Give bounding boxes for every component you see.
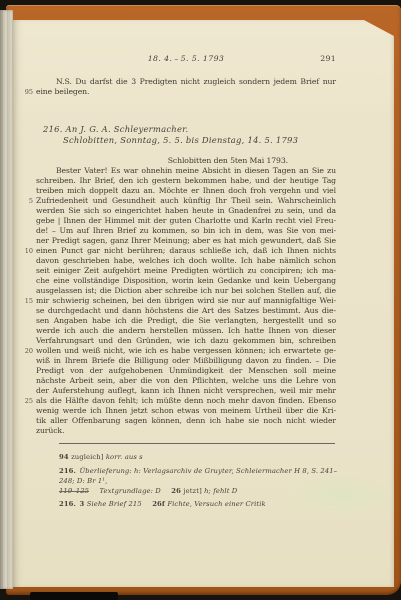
postscript-text: eine beilegen. xyxy=(36,87,336,97)
body-line: che eine vollständige Disposition, worin… xyxy=(22,276,336,286)
apparatus-separator-rule xyxy=(59,443,335,444)
margin-line-number xyxy=(22,426,33,436)
margin-line-number xyxy=(22,326,33,336)
body-line: werde ich auch die andern herstellen müs… xyxy=(22,326,336,336)
body-line-text: zurück. xyxy=(36,426,336,436)
letter-heading-place-date-line: Schlobitten, Sonntag, 5. 5. bis Dienstag… xyxy=(63,135,343,146)
margin-line-number xyxy=(22,236,33,246)
postscript-paragraph: N.S. Du darfst die 3 Predigten nicht zug… xyxy=(22,77,336,97)
body-line-text: wiß in Ihrem Briefe die Billigung oder M… xyxy=(36,356,336,366)
body-line: ner Predigt sagen, ganz Ihrer Meinung; a… xyxy=(22,236,336,246)
body-line: sen Angaben habe ich die Predigt, die Si… xyxy=(22,316,336,326)
apparatus-line: 94 zugleich] korr. aus s xyxy=(59,452,349,462)
body-line-text: ner Predigt sagen, ganz Ihrer Meinung; a… xyxy=(36,236,336,246)
textcritical-apparatus: 94 zugleich] korr. aus s 216. Überliefer… xyxy=(59,452,349,496)
margin-line-number xyxy=(22,376,33,386)
margin-line-number xyxy=(22,77,33,87)
body-line: tik aller Offenbarung sagen können, denn… xyxy=(22,416,336,426)
body-line-text: mir schwierig scheinen, bei den übrigen … xyxy=(36,296,336,306)
body-line-text: wollen und weiß nicht, wie ich es habe v… xyxy=(36,346,336,356)
margin-line-number: 15 xyxy=(22,296,33,306)
body-line: 10 einen Punct gar nicht berühren; darau… xyxy=(22,246,336,256)
commentary-line-text: 216. 3 Siehe Brief 215 26f Fichte, Versu… xyxy=(59,500,266,508)
margin-line-number xyxy=(22,306,33,316)
body-line: 20 wollen und weiß nicht, wie ich es hab… xyxy=(22,346,336,356)
running-header: 18. 4. – 5. 5. 1793 291 xyxy=(36,54,336,64)
margin-line-number xyxy=(22,406,33,416)
body-line: 15 mir schwierig scheinen, bei den übrig… xyxy=(22,296,336,306)
commentary-line: 216. 3 Siehe Brief 215 26f Fichte, Versu… xyxy=(59,499,349,509)
body-line: seit einiger Zeit aufgehört meine Predig… xyxy=(22,266,336,276)
margin-line-number xyxy=(22,176,33,186)
apparatus-line: 119–125 Textgrundlage: D 26 jetzt] h; fe… xyxy=(59,486,349,496)
margin-line-number xyxy=(22,276,33,286)
margin-line-number xyxy=(22,256,33,266)
body-line-text: der Auferstehung auflegt, kann ich Ihnen… xyxy=(36,386,336,396)
postscript-text: N.S. Du darfst die 3 Predigten nicht zug… xyxy=(36,77,336,87)
page-edge-stack xyxy=(0,10,13,589)
body-line-text: schreiben. Ihr Brief, den ich gestern be… xyxy=(36,176,336,186)
header-date-range: 18. 4. – 5. 5. 1793 xyxy=(36,54,336,64)
margin-line-number xyxy=(22,206,33,216)
body-line-text: Predigt von der aufgehobenen Unmündigkei… xyxy=(36,366,336,376)
body-line: zurück. xyxy=(22,426,336,436)
body-line-text: einen Punct gar nicht berühren; daraus s… xyxy=(36,246,336,256)
margin-line-number xyxy=(22,156,33,166)
margin-line-number xyxy=(22,266,33,276)
margin-line-number xyxy=(22,336,33,346)
body-line-text: werden Sie sich so eingerichtet haben he… xyxy=(36,206,336,216)
body-line-text: se durchgedacht und dann höchstens die A… xyxy=(36,306,336,316)
body-line-text: treiben mich doppelt dazu an. Möchte er … xyxy=(36,186,336,196)
margin-line-number xyxy=(22,356,33,366)
body-line-text: Bester Vater! Es war ohnehin meine Absic… xyxy=(36,166,336,176)
body-line: wiß in Ihrem Briefe die Billigung oder M… xyxy=(22,356,336,366)
body-line-text: Schlobitten den 5ten Mai 1793. xyxy=(36,156,336,166)
body-line: 25 als die Hälfte davon fehlt; ich müßte… xyxy=(22,396,336,406)
margin-line-number xyxy=(22,226,33,236)
body-line-text: davon geschrieben habe, welches ich doch… xyxy=(36,256,336,266)
body-line: nächste Arbeit sein, aber die von den Pf… xyxy=(22,376,336,386)
body-line: de! – Um auf Ihren Brief zu kommen, so b… xyxy=(22,226,336,236)
body-line: se durchgedacht und dann höchstens die A… xyxy=(22,306,336,316)
body-line-text: wenig werde ich Ihnen jetzt schon etwas … xyxy=(36,406,336,416)
body-line: davon geschrieben habe, welches ich doch… xyxy=(22,256,336,266)
margin-line-number xyxy=(22,316,33,326)
margin-line-number xyxy=(22,416,33,426)
margin-line-number xyxy=(22,186,33,196)
postscript-line: N.S. Du darfst die 3 Predigten nicht zug… xyxy=(22,77,336,87)
margin-line-number xyxy=(22,216,33,226)
body-line: schreiben. Ihr Brief, den ich gestern be… xyxy=(22,176,336,186)
margin-line-number: 95 xyxy=(22,87,33,97)
apparatus-line: 216. Überlieferung: h: Verlagsarchiv de … xyxy=(59,466,349,486)
apparatus-line-text: 216. Überlieferung: h: Verlagsarchiv de … xyxy=(59,467,337,485)
body-line-text: sen Angaben habe ich die Predigt, die Si… xyxy=(36,316,336,326)
body-line-text: tik aller Offenbarung sagen können, denn… xyxy=(36,416,336,426)
margin-line-number: 5 xyxy=(22,196,33,206)
letter-heading-number-line: 216. An J. G. A. Schleyermacher. xyxy=(43,124,343,135)
body-line: Schlobitten den 5ten Mai 1793. xyxy=(22,156,336,166)
body-line: Predigt von der aufgehobenen Unmündigkei… xyxy=(22,366,336,376)
body-line: der Auferstehung auflegt, kann ich Ihnen… xyxy=(22,386,336,396)
body-line-text: Verfahrungsart und den Gründen, wie ich … xyxy=(36,336,336,346)
body-line-text: werde ich auch die andern herstellen müs… xyxy=(36,326,336,336)
scanned-book-photo: 18. 4. – 5. 5. 1793 291 N.S. Du darfst d… xyxy=(0,0,401,600)
margin-line-number xyxy=(22,366,33,376)
book-shadow xyxy=(30,592,118,600)
commentary-separator-rule xyxy=(59,491,89,492)
margin-line-number: 20 xyxy=(22,346,33,356)
body-line: Bester Vater! Es war ohnehin meine Absic… xyxy=(22,166,336,176)
letter-heading: 216. An J. G. A. Schleyermacher. Schlobi… xyxy=(43,124,343,146)
margin-line-number xyxy=(22,386,33,396)
page-number: 291 xyxy=(320,54,336,64)
body-line-text: ausgelassen ist; die Diction aber schrei… xyxy=(36,286,336,296)
body-line-text: che eine vollständige Disposition, worin… xyxy=(36,276,336,286)
body-line-text: Zufriedenheit und Gesundheit auch künfti… xyxy=(36,196,336,206)
body-line: Verfahrungsart und den Gründen, wie ich … xyxy=(22,336,336,346)
margin-line-number xyxy=(22,286,33,296)
body-line: gebe | Ihnen der Himmel mit der guten Ch… xyxy=(22,216,336,226)
body-line: 5 Zufriedenheit und Gesundheit auch künf… xyxy=(22,196,336,206)
postscript-line: 95 eine beilegen. xyxy=(22,87,336,97)
book-page: 18. 4. – 5. 5. 1793 291 N.S. Du darfst d… xyxy=(13,20,394,587)
body-line-text: gebe | Ihnen der Himmel mit der guten Ch… xyxy=(36,216,336,226)
body-line: ausgelassen ist; die Diction aber schrei… xyxy=(22,286,336,296)
commentary-notes: 216. 3 Siehe Brief 215 26f Fichte, Versu… xyxy=(59,499,349,509)
apparatus-line-text: 94 zugleich] korr. aus s xyxy=(59,453,143,461)
body-line: wenig werde ich Ihnen jetzt schon etwas … xyxy=(22,406,336,416)
margin-line-number: 25 xyxy=(22,396,33,406)
margin-line-number: 10 xyxy=(22,246,33,256)
body-line: treiben mich doppelt dazu an. Möchte er … xyxy=(22,186,336,196)
body-line: werden Sie sich so eingerichtet haben he… xyxy=(22,206,336,216)
letter-body: Schlobitten den 5ten Mai 1793. Bester Va… xyxy=(22,156,336,436)
body-line-text: nächste Arbeit sein, aber die von den Pf… xyxy=(36,376,336,386)
body-line-text: seit einiger Zeit aufgehört meine Predig… xyxy=(36,266,336,276)
body-line-text: als die Hälfte davon fehlt; ich müßte de… xyxy=(36,396,336,406)
body-line-text: de! – Um auf Ihren Brief zu kommen, so b… xyxy=(36,226,336,236)
margin-line-number xyxy=(22,166,33,176)
